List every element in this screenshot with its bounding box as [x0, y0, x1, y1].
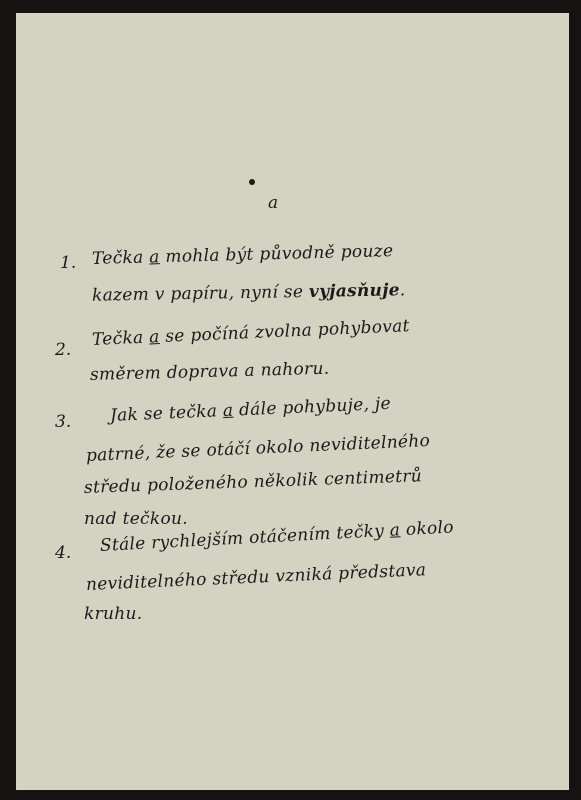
item-4-line-3: kruhu.	[84, 604, 142, 624]
underlined-a: a	[149, 247, 160, 267]
item-3-number: 3.	[55, 412, 71, 432]
emphasized-word: vyjasňuje	[309, 280, 400, 302]
item-2-number: 2.	[55, 340, 71, 360]
item-4-number: 4.	[55, 543, 71, 563]
dot-label: a	[268, 193, 278, 213]
item-1-number: 1.	[60, 253, 76, 273]
dot-mark	[249, 179, 255, 185]
item-3-line-4: nad tečkou.	[84, 509, 188, 529]
